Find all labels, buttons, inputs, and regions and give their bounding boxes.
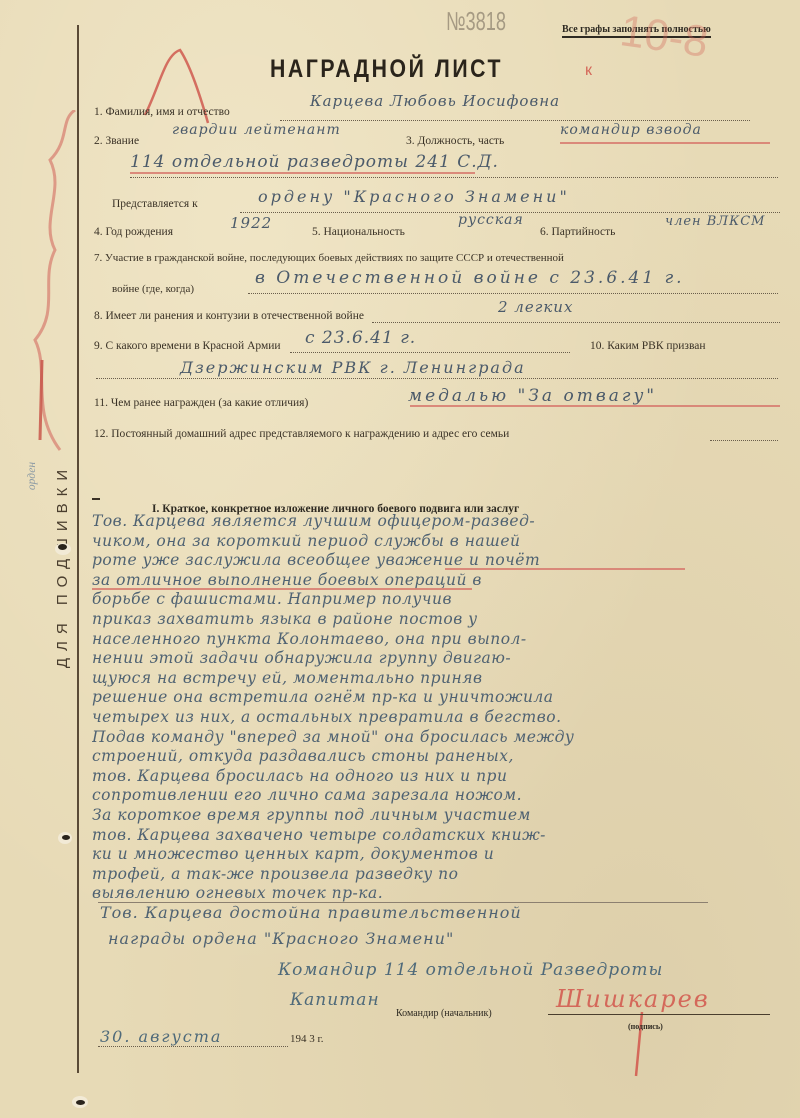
field-10-label: 10. Каким РВК призван xyxy=(590,340,706,352)
signature-caption: (подпись) xyxy=(628,1022,663,1031)
binding-side-label: ДЛЯ ПОДШИВКИ xyxy=(52,420,74,710)
field-1-label: 1. Фамилия, имя и отчество xyxy=(94,106,230,118)
field-8-line xyxy=(372,322,780,323)
field-10-value: Дзержинским РВК г. Ленинграда xyxy=(180,358,526,377)
field-1-line xyxy=(280,120,750,121)
field-4-value: 1922 xyxy=(230,214,272,232)
signature-line xyxy=(548,1014,770,1015)
field-1-value: Карцева Любовь Иосифовна xyxy=(310,92,560,110)
punch-hole-shadow xyxy=(76,1100,85,1105)
field-9-line xyxy=(290,352,570,353)
citation-text: Тов. Карцева является лучшим офицером-ра… xyxy=(92,512,792,904)
field-12-label: 12. Постоянный домашний адрес представля… xyxy=(94,428,509,440)
field-2-label: 2. Звание xyxy=(94,135,139,147)
field-3-line xyxy=(130,177,778,178)
field-4-label: 4. Год рождения xyxy=(94,226,173,238)
field-10-line xyxy=(96,378,778,379)
field-3-red-underline xyxy=(560,142,770,144)
citation-red-underline-2 xyxy=(92,588,472,590)
field-3-value: командир взвода xyxy=(560,122,702,138)
date-line xyxy=(98,1046,288,1047)
field-2-value: гвардии лейтенант xyxy=(172,122,341,138)
date-handwritten: 30. августа xyxy=(100,1027,222,1046)
citation-conclusion: Тов. Карцева достойна правительственной … xyxy=(100,900,760,952)
side-note: орден xyxy=(26,462,38,490)
field-3-cont-red-underline xyxy=(130,172,475,174)
field-3-value-continued: 114 отдельной разведроты 241 С.Д. xyxy=(130,152,499,172)
presented-to-label: Представляется к xyxy=(112,198,198,210)
commander-signature: Шишкарев xyxy=(556,985,710,1013)
field-7-value: в Отечественной войне с 23.6.41 г. xyxy=(255,268,685,288)
field-8-value: 2 легких xyxy=(498,298,573,316)
dash-mark xyxy=(92,498,100,500)
date-year: 194 3 г. xyxy=(290,1033,324,1045)
award-sheet-document: ДЛЯ ПОДШИВКИ орден №3818 Все графы запол… xyxy=(0,0,800,1118)
field-11-red-underline xyxy=(410,405,780,407)
field-7-line xyxy=(248,293,778,294)
field-9-label: 9. С какого времени в Красной Армии xyxy=(94,340,281,352)
field-8-label: 8. Имеет ли ранения и контузии в отечест… xyxy=(94,310,364,322)
field-11-label: 11. Чем ранее награжден (за какие отличи… xyxy=(94,397,308,409)
archive-number: №3818 xyxy=(446,6,506,37)
field-6-value: член ВЛКСМ xyxy=(665,214,765,229)
field-5-label: 5. Национальность xyxy=(312,226,405,238)
presented-to-value: ордену "Красного Знамени" xyxy=(258,187,570,206)
signature-tail xyxy=(628,1010,648,1080)
field-7-label: 7. Участие в гражданской войне, последую… xyxy=(94,252,564,264)
punch-hole-shadow xyxy=(58,544,67,550)
field-9-value: с 23.6.41 г. xyxy=(305,328,416,348)
red-pencil-corner-mark: 10-8 xyxy=(617,6,711,68)
title-red-mark: к xyxy=(585,62,592,80)
citation-red-underline-1 xyxy=(445,568,685,570)
field-5-value: русская xyxy=(458,212,524,228)
field-12-line xyxy=(710,440,778,441)
field-6-label: 6. Партийность xyxy=(540,226,615,238)
field-11-value: медалью "За отвагу" xyxy=(408,386,657,406)
red-pencil-side-annotation xyxy=(20,110,80,470)
commander-label: Командир (начальник) xyxy=(396,1008,492,1019)
page-title: НАГРАДНОЙ ЛИСТ xyxy=(270,55,503,84)
punch-hole-shadow xyxy=(62,835,70,840)
field-3-label: 3. Должность, часть xyxy=(406,135,504,147)
field-7-label-continued: войне (где, когда) xyxy=(112,283,194,295)
